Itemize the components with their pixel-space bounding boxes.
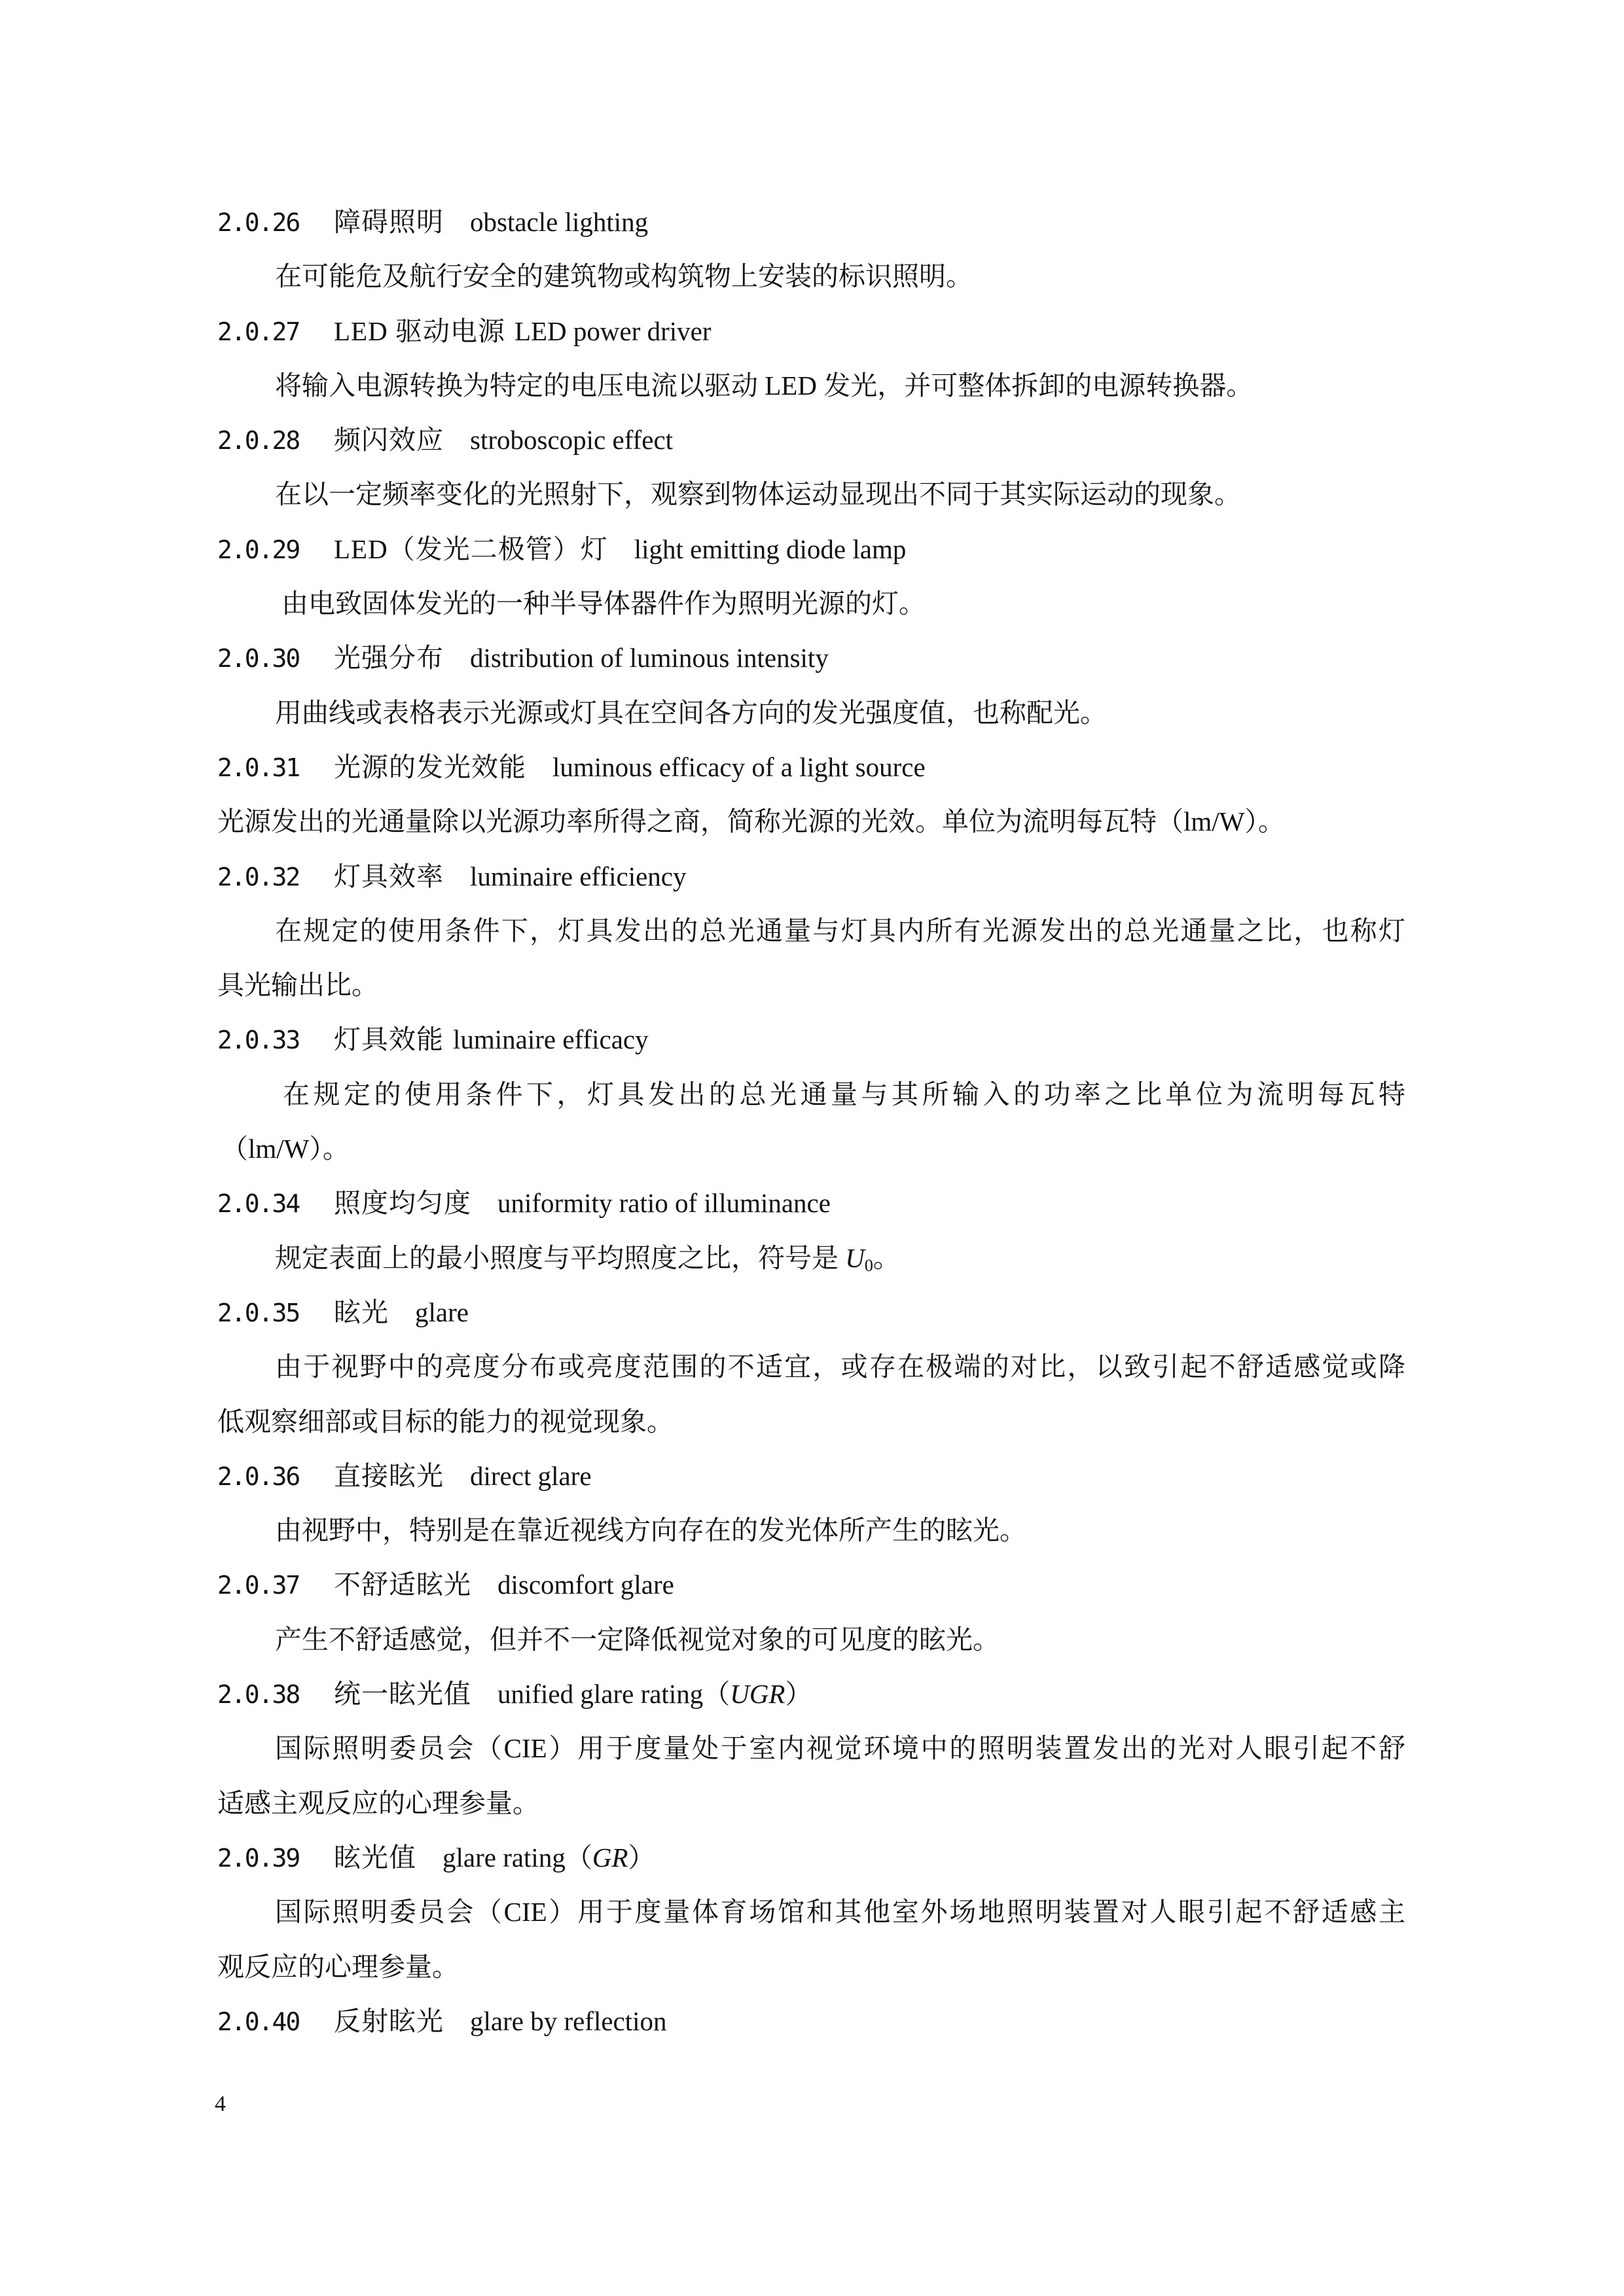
clause-number: 2.0.36 xyxy=(217,1450,334,1504)
term-chinese: 统一眩光值 xyxy=(334,1679,471,1709)
term-english: discomfort glare xyxy=(497,1570,674,1600)
term-chinese: 不舒适眩光 xyxy=(334,1570,471,1600)
term-abbreviation: UGR xyxy=(730,1679,785,1709)
clause-number: 2.0.28 xyxy=(217,414,334,468)
definition-2-0-34: 规定表面上的最小照度与平均照度之比，符号是 U0。 xyxy=(217,1231,1405,1285)
term-english: unified glare rating xyxy=(497,1679,703,1709)
uniformity-symbol: U xyxy=(845,1243,865,1273)
term-chinese: 眩光 xyxy=(334,1297,389,1327)
term-chinese: 灯具效率 xyxy=(334,861,444,891)
clause-number: 2.0.32 xyxy=(217,850,334,905)
term-chinese: 光源的发光效能 xyxy=(334,752,526,782)
page-number: 4 xyxy=(215,2092,226,2117)
term-chinese: LED 驱动电源 xyxy=(334,316,505,346)
term-english: luminaire efficacy xyxy=(453,1024,649,1054)
term-heading-2-0-35: 2.0.35眩光glare xyxy=(217,1285,1405,1340)
paren-open: （ xyxy=(566,1842,592,1873)
term-english: light emitting diode lamp xyxy=(634,534,907,564)
clause-number: 2.0.34 xyxy=(217,1177,334,1231)
term-heading-2-0-36: 2.0.36直接眩光direct glare xyxy=(217,1449,1405,1503)
term-english: luminaire efficiency xyxy=(470,861,687,891)
definition-2-0-27: 将输入电源转换为特定的电压电流以驱动 LED 发光，并可整体拆卸的电源转换器。 xyxy=(217,359,1405,413)
term-heading-2-0-27: 2.0.27LED 驱动电源LED power driver xyxy=(217,304,1405,359)
term-english: obstacle lighting xyxy=(470,207,648,237)
term-heading-2-0-30: 2.0.30光强分布distribution of luminous inten… xyxy=(217,631,1405,685)
term-heading-2-0-31: 2.0.31光源的发光效能luminous efficacy of a ligh… xyxy=(217,740,1405,795)
clause-number: 2.0.29 xyxy=(217,523,334,577)
definition-text: 规定表面上的最小照度与平均照度之比，符号是 xyxy=(275,1243,845,1273)
term-heading-2-0-38: 2.0.38统一眩光值unified glare rating（UGR） xyxy=(217,1667,1405,1721)
definition-2-0-30: 用曲线或表格表示光源或灯具在空间各方向的发光强度值，也称配光。 xyxy=(217,686,1405,740)
definition-end: 。 xyxy=(873,1243,900,1273)
definition-2-0-37: 产生不舒适感觉，但并不一定降低视觉对象的可见度的眩光。 xyxy=(217,1613,1405,1667)
term-chinese: 反射眩光 xyxy=(334,2006,444,2036)
term-chinese: 频闪效应 xyxy=(334,425,444,455)
term-chinese: 眩光值 xyxy=(334,1842,416,1873)
clause-number: 2.0.30 xyxy=(217,632,334,686)
document-page: 2.0.26障碍照明obstacle lighting 在可能危及航行安全的建筑… xyxy=(217,195,1405,2049)
clause-number: 2.0.31 xyxy=(217,741,334,795)
definition-2-0-38-line-2: 适感主观反应的心理参量。 xyxy=(217,1776,1405,1831)
term-english: luminous efficacy of a light source xyxy=(552,752,926,782)
uniformity-symbol-subscript: 0 xyxy=(865,1256,873,1275)
term-english: uniformity ratio of illuminance xyxy=(497,1188,831,1218)
term-english: glare rating xyxy=(442,1842,566,1873)
term-english: distribution of luminous intensity xyxy=(470,643,829,673)
definition-2-0-36: 由视野中，特别是在靠近视线方向存在的发光体所产生的眩光。 xyxy=(217,1503,1405,1558)
term-heading-2-0-37: 2.0.37不舒适眩光discomfort glare xyxy=(217,1558,1405,1612)
definition-2-0-39-line-2: 观反应的心理参量。 xyxy=(217,1940,1405,1994)
term-chinese: 光强分布 xyxy=(334,643,444,673)
clause-number: 2.0.33 xyxy=(217,1013,334,1067)
definition-2-0-26: 在可能危及航行安全的建筑物或构筑物上安装的标识照明。 xyxy=(217,249,1405,304)
term-heading-2-0-28: 2.0.28频闪效应stroboscopic effect xyxy=(217,413,1405,467)
term-chinese: 直接眩光 xyxy=(334,1461,444,1491)
term-english: glare by reflection xyxy=(470,2006,667,2036)
term-english: LED power driver xyxy=(514,316,712,346)
definition-2-0-35-line-1: 由于视野中的亮度分布或亮度范围的不适宜，或存在极端的对比，以致引起不舒适感觉或降 xyxy=(217,1340,1405,1394)
definition-2-0-31: 光源发出的光通量除以光源功率所得之商，简称光源的光效。单位为流明每瓦特（lm/W… xyxy=(217,795,1405,849)
definition-2-0-39-line-1: 国际照明委员会（CIE）用于度量体育场馆和其他室外场地照明装置对人眼引起不舒适感… xyxy=(217,1885,1405,1939)
definition-2-0-33-line-2: （lm/W）。 xyxy=(217,1122,1405,1176)
clause-number: 2.0.40 xyxy=(217,1995,334,2049)
clause-number: 2.0.26 xyxy=(217,196,334,250)
term-chinese: LED（发光二极管）灯 xyxy=(334,534,608,564)
definition-2-0-28: 在以一定频率变化的光照射下，观察到物体运动显现出不同于其实际运动的现象。 xyxy=(217,467,1405,522)
term-heading-2-0-32: 2.0.32灯具效率luminaire efficiency xyxy=(217,850,1405,904)
term-english: stroboscopic effect xyxy=(470,425,673,455)
term-english: direct glare xyxy=(470,1461,592,1491)
term-heading-2-0-33: 2.0.33灯具效能luminaire efficacy xyxy=(217,1013,1405,1067)
term-chinese: 灯具效能 xyxy=(334,1024,444,1054)
definition-2-0-33-line-1: 在规定的使用条件下，灯具发出的总光通量与其所输入的功率之比单位为流明每瓦特 xyxy=(217,1067,1405,1122)
term-heading-2-0-40: 2.0.40反射眩光glare by reflection xyxy=(217,1994,1405,2049)
paren-open: （ xyxy=(703,1679,730,1709)
term-heading-2-0-26: 2.0.26障碍照明obstacle lighting xyxy=(217,195,1405,249)
clause-number: 2.0.27 xyxy=(217,305,334,359)
term-chinese: 障碍照明 xyxy=(334,207,444,237)
term-heading-2-0-34: 2.0.34照度均匀度uniformity ratio of illuminan… xyxy=(217,1176,1405,1230)
clause-number: 2.0.35 xyxy=(217,1286,334,1340)
definition-2-0-32-line-1: 在规定的使用条件下，灯具发出的总光通量与灯具内所有光源发出的总光通量之比，也称灯 xyxy=(217,904,1405,958)
definition-2-0-38-line-1: 国际照明委员会（CIE）用于度量处于室内视觉环境中的照明装置发出的光对人眼引起不… xyxy=(217,1721,1405,1776)
clause-number: 2.0.39 xyxy=(217,1831,334,1886)
term-heading-2-0-29: 2.0.29LED（发光二极管）灯light emitting diode la… xyxy=(217,522,1405,577)
paren-close: ） xyxy=(785,1679,812,1709)
clause-number: 2.0.37 xyxy=(217,1558,334,1613)
term-abbreviation: GR xyxy=(592,1842,628,1873)
clause-number: 2.0.38 xyxy=(217,1668,334,1722)
definition-2-0-29: 由电致固体发光的一种半导体器件作为照明光源的灯。 xyxy=(217,577,1405,631)
term-heading-2-0-39: 2.0.39眩光值glare rating（GR） xyxy=(217,1831,1405,1885)
term-english: glare xyxy=(415,1297,469,1327)
term-chinese: 照度均匀度 xyxy=(334,1188,471,1218)
paren-close: ） xyxy=(628,1842,655,1873)
definition-2-0-35-line-2: 低观察细部或目标的能力的视觉现象。 xyxy=(217,1395,1405,1449)
definition-2-0-32-line-2: 具光输出比。 xyxy=(217,958,1405,1013)
